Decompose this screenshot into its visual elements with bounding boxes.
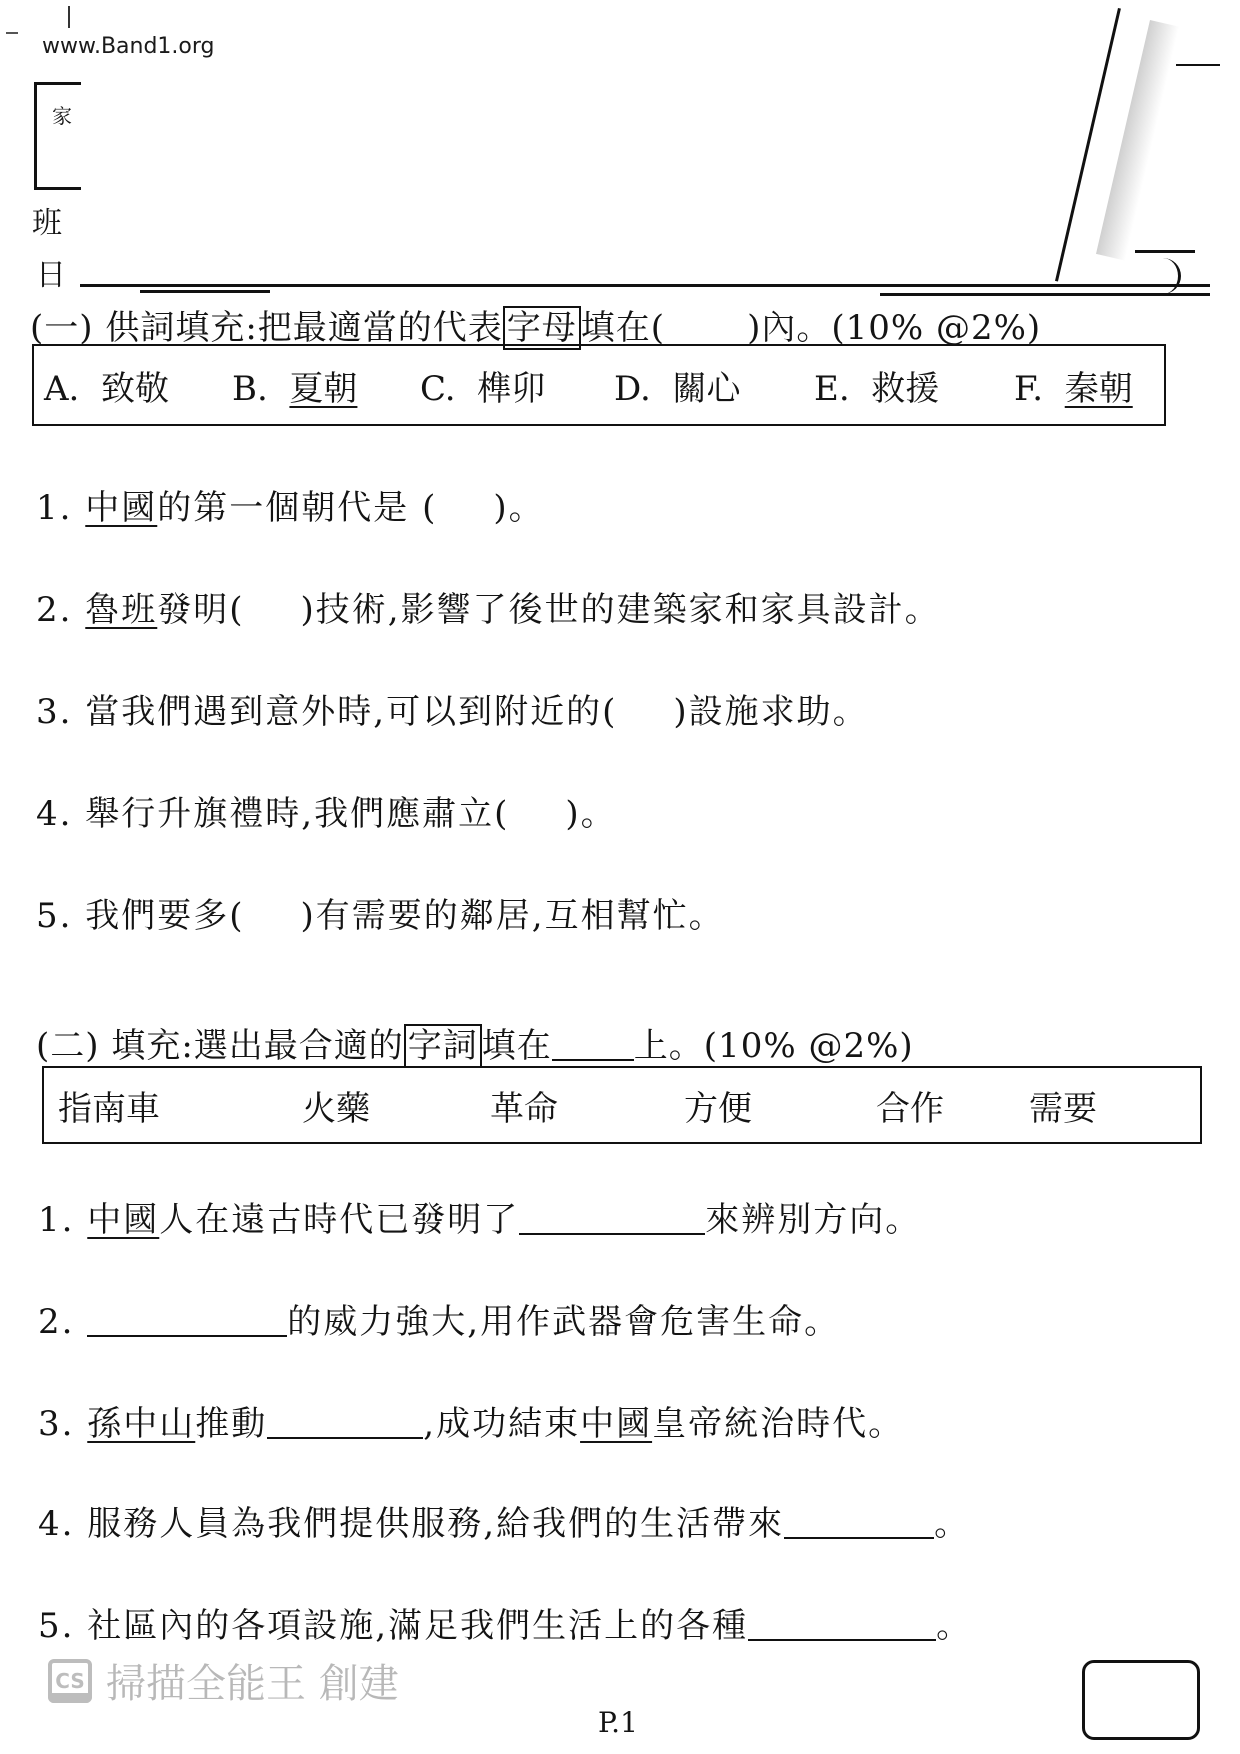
scan-artifact [68, 6, 70, 28]
option-f: F. 秦朝 [1014, 361, 1133, 410]
word-option: 方便 [684, 1081, 752, 1130]
section2-title-end: 上。(10% @2%) [634, 1026, 914, 1066]
section2-title-suffix: 填在 [482, 1026, 552, 1066]
option-c: C. 榫卯 [420, 361, 545, 410]
section1-title-text: (一) 供詞填充:把最適當的代表 [30, 308, 503, 348]
answer-blank[interactable] [519, 1199, 705, 1235]
section1-word-bank: A. 致敬 B. 夏朝 C. 榫卯 D. 關心 E. 救援 F. 秦朝 [32, 344, 1166, 426]
scanner-watermark-text: 掃描全能王 創建 [106, 1652, 399, 1709]
answer-blank[interactable] [784, 1503, 934, 1539]
page-number: P.1 [598, 1706, 638, 1739]
header-rule [80, 284, 1210, 287]
scanner-watermark: CS 掃描全能王 創建 [48, 1652, 399, 1709]
s1-question-5: 5. 我們要多()有需要的鄰居,互相幫忙。 [36, 888, 725, 937]
option-e: E. 救援 [814, 361, 939, 410]
scan-artifact [6, 32, 18, 34]
header-rule [140, 290, 270, 293]
s2-question-4: 4. 服務人員為我們提供服務,給我們的生活帶來。 [38, 1496, 970, 1545]
s2-question-5: 5. 社區內的各項設施,滿足我們生活上的各種。 [38, 1598, 972, 1647]
camscanner-logo-icon: CS [48, 1659, 92, 1703]
option-d: D. 關心 [614, 361, 740, 410]
option-b: B. 夏朝 [232, 361, 357, 410]
section2-word-bank: 指南車 火藥 革命 方便 合作 需要 [42, 1066, 1202, 1144]
section2-title-boxed: 字詞 [404, 1024, 482, 1068]
section2-title: (二) 填充:選出最合適的字詞填在上。(10% @2%) [36, 1018, 914, 1067]
section1-title-end: )內。(10% @2%) [747, 308, 1041, 348]
word-option: 指南車 [58, 1081, 160, 1130]
header-rule [1176, 64, 1220, 66]
option-a: A. 致敬 [44, 361, 169, 410]
score-box[interactable] [1082, 1660, 1200, 1740]
word-option: 需要 [1029, 1081, 1097, 1130]
answer-blank[interactable] [87, 1301, 287, 1337]
s1-question-3: 3. 當我們遇到意外時,可以到附近的()設施求助。 [36, 684, 869, 733]
s2-question-1: 1. 中國人在遠古時代已發明了來辨別方向。 [38, 1192, 921, 1241]
word-option: 火藥 [302, 1081, 370, 1130]
header-rule [1135, 250, 1195, 253]
header-box [34, 82, 81, 190]
s1-question-4: 4. 舉行升旗禮時,我們應肅立()。 [36, 786, 617, 835]
header-date-label: 日 [36, 250, 66, 294]
word-option: 革命 [490, 1081, 558, 1130]
s1-question-1: 1. 中國的第一個朝代是 ()。 [36, 480, 545, 529]
header-family-label: 家 [52, 100, 72, 129]
source-watermark: www.Band1.org [42, 34, 215, 59]
section1-title: (一) 供詞填充:把最適當的代表字母填在()內。(10% @2%) [30, 300, 1041, 349]
s2-question-3: 3. 孫中山推動,成功結束中國皇帝統治時代。 [38, 1396, 904, 1445]
word-option: 合作 [876, 1081, 944, 1130]
title-blank [552, 1025, 634, 1061]
section1-title-suffix: 填在( [581, 308, 665, 348]
answer-blank[interactable] [748, 1605, 936, 1641]
header-class-label: 班 [32, 198, 62, 242]
answer-blank[interactable] [267, 1403, 423, 1439]
section2-title-text: (二) 填充:選出最合適的 [36, 1026, 404, 1066]
s1-question-2: 2. 魯班發明()技術,影響了後世的建築家和家具設計。 [36, 582, 941, 631]
score-parenthesis [1118, 258, 1181, 294]
s2-question-2: 2. 的威力強大,用作武器會危害生命。 [38, 1294, 840, 1343]
